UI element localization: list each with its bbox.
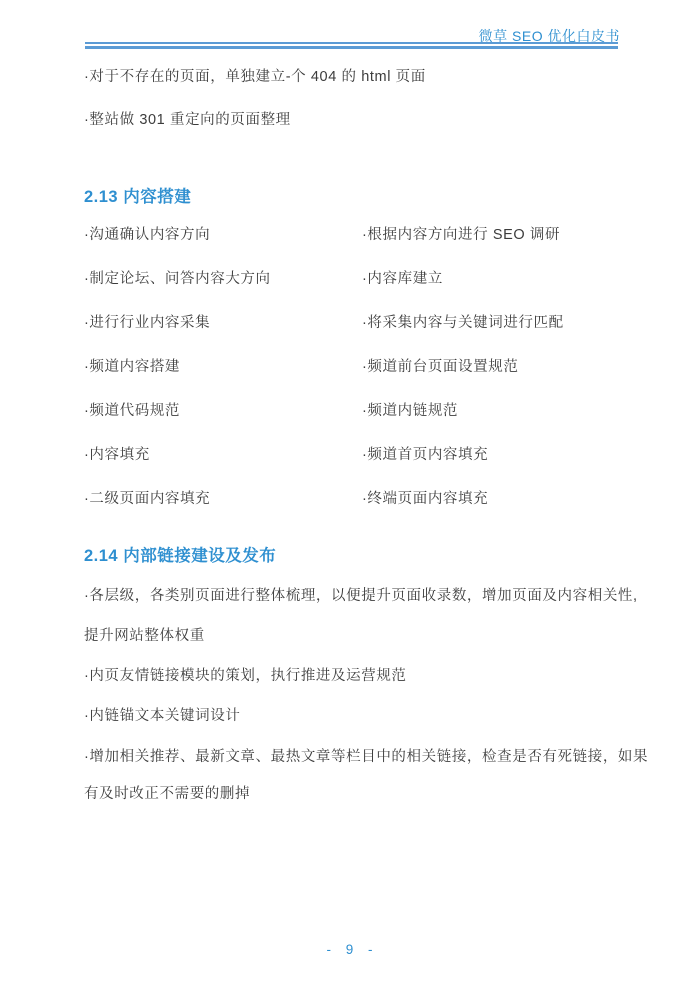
list-item: ·进行行业内容采集 [84, 315, 210, 331]
list-item: ·终端页面内容填充 [362, 491, 488, 507]
two-column-row: ·频道代码规范 ·频道内链规范 [0, 403, 700, 423]
two-column-row: ·制定论坛、问答内容大方向 ·内容库建立 [0, 271, 700, 291]
intro-paragraph: ·整站做 301 重定向的页面整理 [84, 112, 291, 128]
two-column-row: ·沟通确认内容方向 ·根据内容方向进行 SEO 调研 [0, 227, 700, 247]
list-item: ·根据内容方向进行 SEO 调研 [362, 227, 560, 243]
header-rule [85, 42, 618, 49]
list-item: ·沟通确认内容方向 [84, 227, 210, 243]
body-line: ·内链锚文本关键词设计 [84, 708, 240, 724]
section-heading-2-14: 2.14 内部链接建设及发布 [84, 547, 276, 565]
document-page: 微草 SEO 优化白皮书 ·对于不存在的页面，单独建立-个 404 的 html… [0, 0, 700, 983]
list-item: ·频道代码规范 [84, 403, 180, 419]
list-item: ·将采集内容与关键词进行匹配 [362, 315, 564, 331]
body-line: ·各层级，各类别页面进行整体梳理，以便提升页面收录数，增加页面及内容相关性, [84, 588, 638, 604]
body-line: ·内页友情链接模块的策划，执行推进及运营规范 [84, 668, 407, 684]
two-column-row: ·二级页面内容填充 ·终端页面内容填充 [0, 491, 700, 511]
section-heading-2-13: 2.13 内容搭建 [84, 188, 191, 206]
list-item: ·频道内链规范 [362, 403, 458, 419]
list-item: ·频道首页内容填充 [362, 447, 488, 463]
list-item: ·二级页面内容填充 [84, 491, 210, 507]
two-column-row: ·进行行业内容采集 ·将采集内容与关键词进行匹配 [0, 315, 700, 335]
two-column-row: ·内容填充 ·频道首页内容填充 [0, 447, 700, 467]
list-item: ·内容库建立 [362, 271, 443, 287]
page-number: - 9 - [326, 942, 373, 957]
list-item: ·频道前台页面设置规范 [362, 359, 518, 375]
page-footer: - 9 - [0, 942, 700, 957]
header-rule-thin-line [85, 42, 618, 44]
body-line: ·增加相关推荐、最新文章、最热文章等栏目中的相关链接，检查是否有死链接，如果 [84, 749, 648, 765]
body-line: 有及时改正不需要的删掉 [84, 786, 250, 802]
body-line: 提升网站整体权重 [84, 628, 205, 644]
list-item: ·频道内容搭建 [84, 359, 180, 375]
list-item: ·内容填充 [84, 447, 150, 463]
intro-paragraph: ·对于不存在的页面，单独建立-个 404 的 html 页面 [84, 69, 426, 85]
list-item: ·制定论坛、问答内容大方向 [84, 271, 271, 287]
header-rule-thick-line [85, 46, 618, 49]
two-column-row: ·频道内容搭建 ·频道前台页面设置规范 [0, 359, 700, 379]
